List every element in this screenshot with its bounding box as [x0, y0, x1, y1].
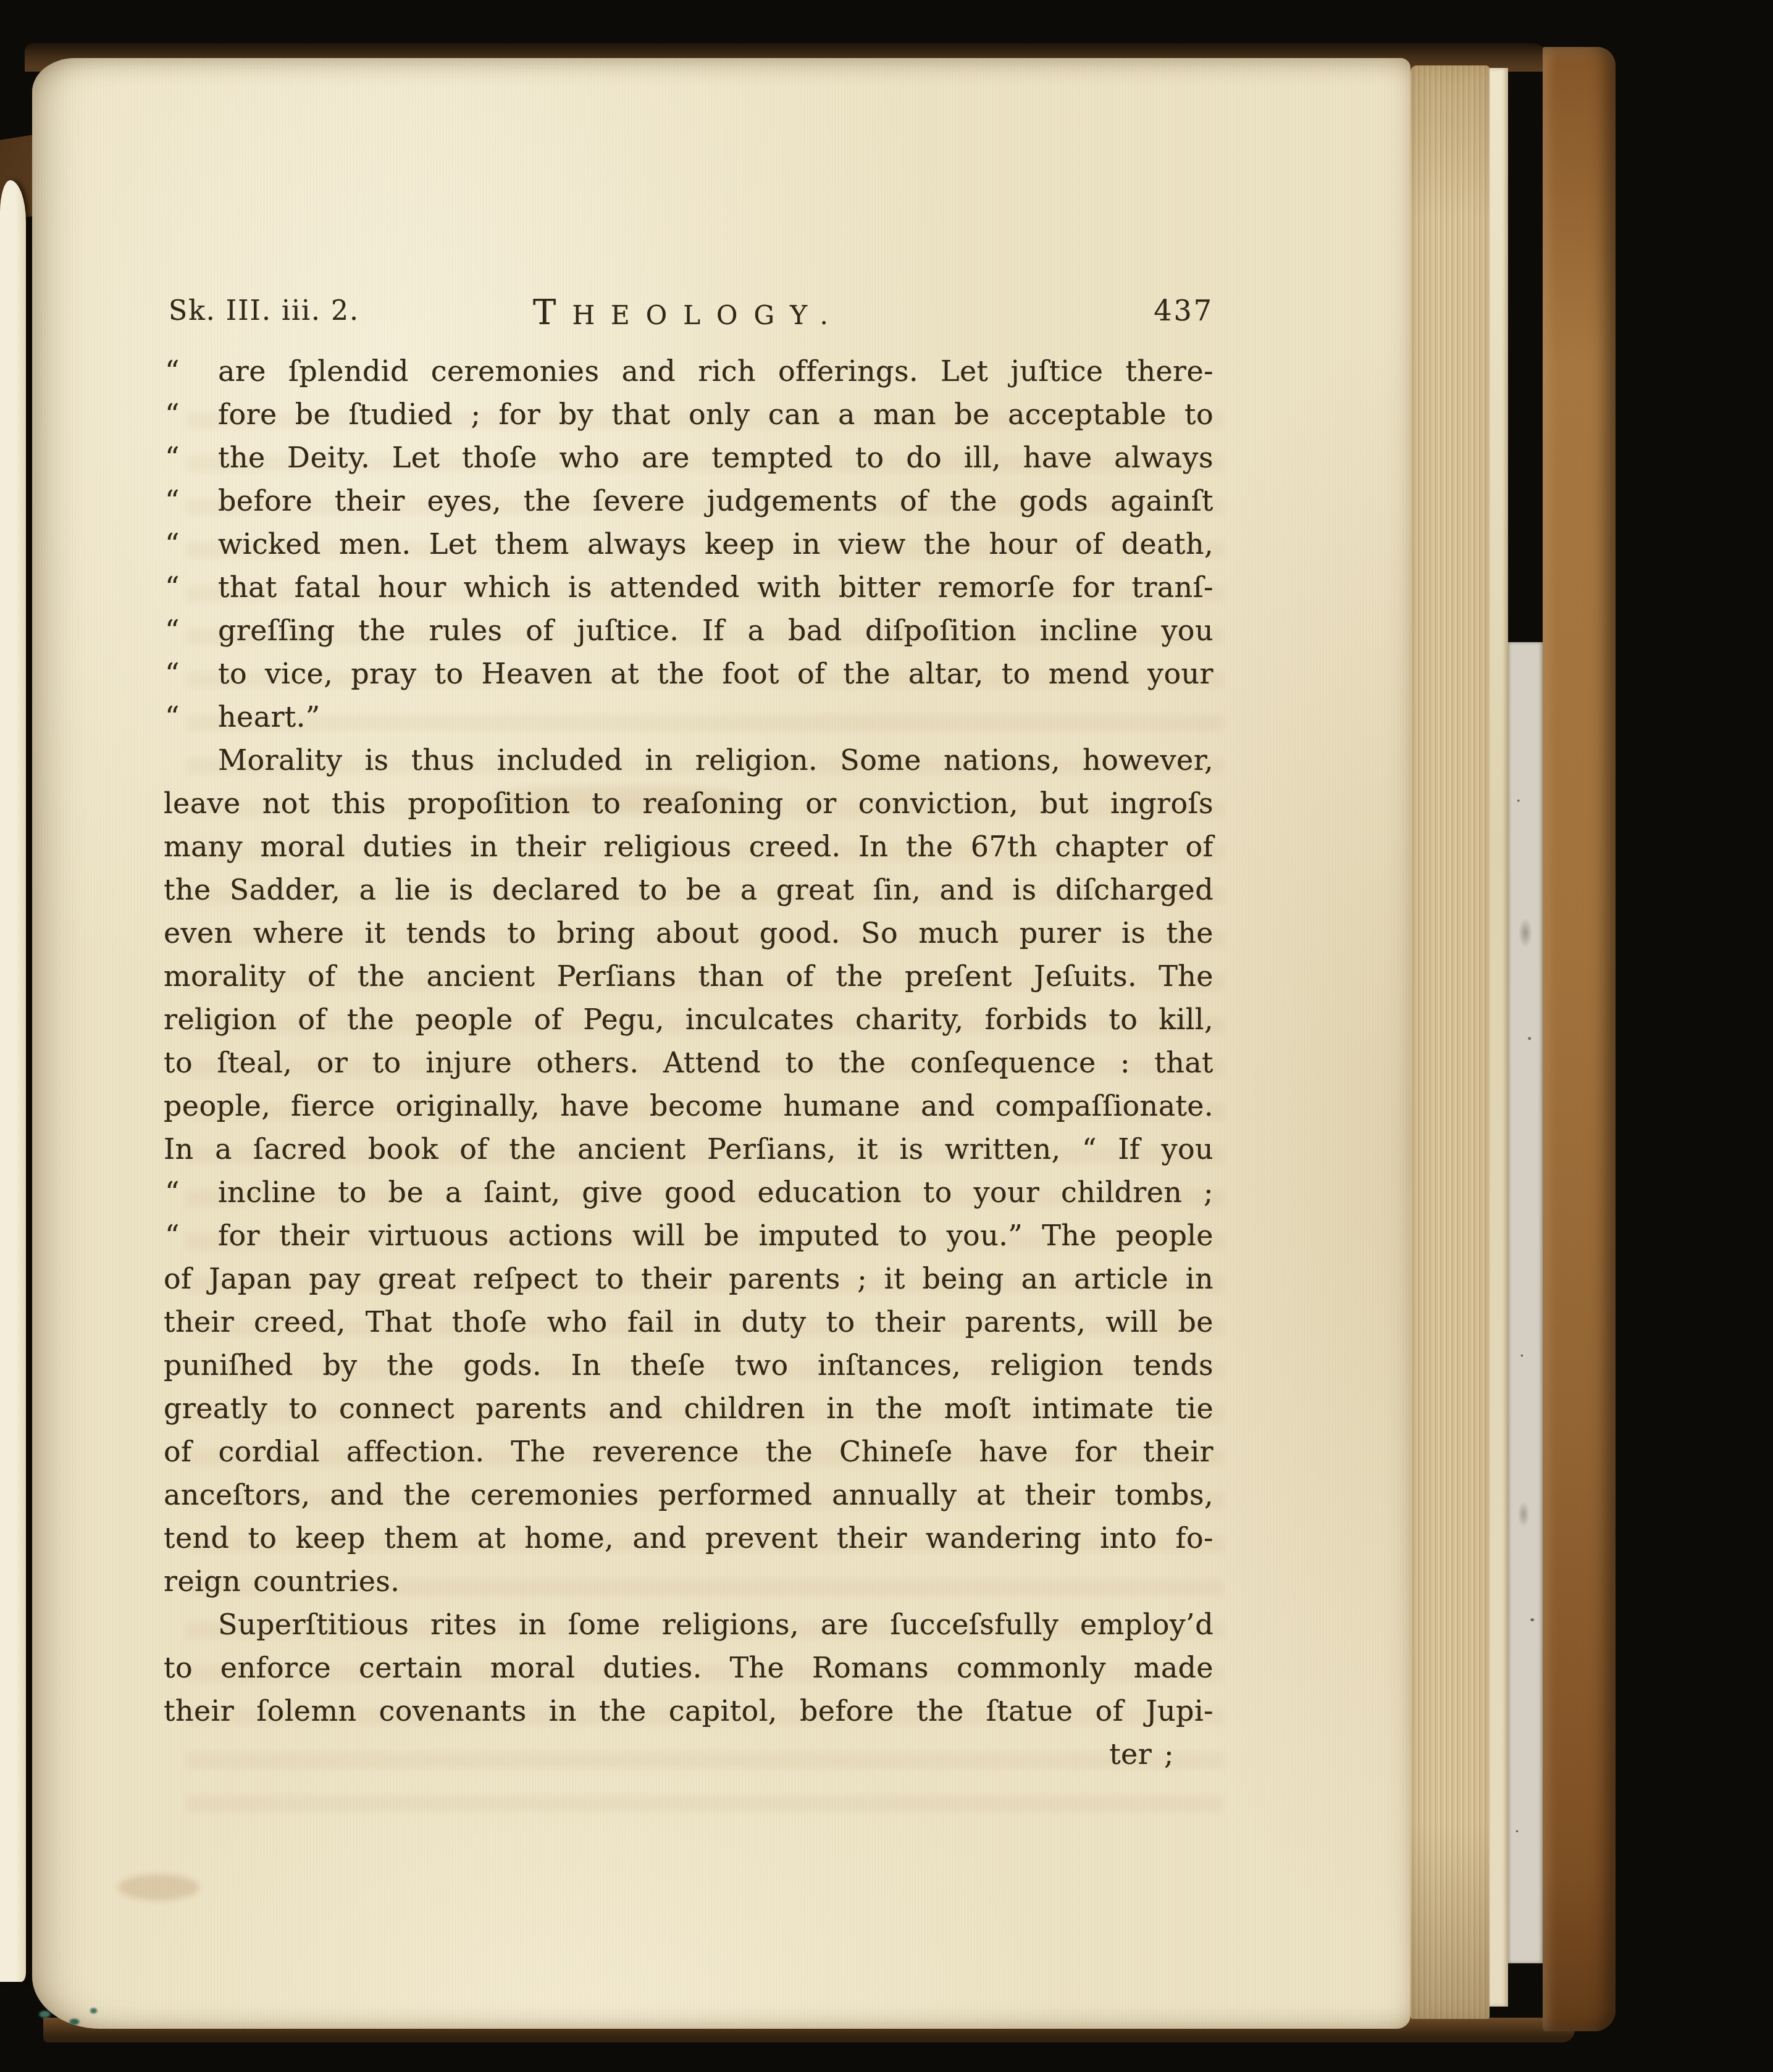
line-text: to ſteal, or to injure others. Attend to… [164, 1041, 1213, 1084]
line-text: wicked men. Let them always keep in view… [218, 522, 1213, 566]
text-line: religion of the people of Pegu, inculcat… [164, 998, 1213, 1041]
book-scan: { "header": { "section": "Sk. III. iii. … [0, 0, 1773, 2072]
text-line: “wicked men. Let them always keep in vie… [164, 522, 1213, 566]
binding-speck [28, 2000, 103, 2035]
line-text: for their virtuous actions will be imput… [218, 1214, 1213, 1257]
line-text: morality of the ancient Perſians than of… [164, 955, 1213, 998]
line-text: their creed, That thoſe who fail in duty… [164, 1300, 1213, 1343]
endpaper-edge [1490, 68, 1508, 2007]
quote-continuation-mark: “ [165, 652, 180, 695]
line-text: greatly to connect parents and children … [164, 1387, 1213, 1430]
running-title: THEOLOGY. [164, 293, 1213, 333]
text-line: “are ſplendid ceremonies and rich offeri… [164, 349, 1213, 393]
text-line: “that fatal hour which is attended with … [164, 566, 1213, 609]
text-line: many moral duties in their religious cre… [164, 825, 1213, 868]
text-line: “for their virtuous actions will be impu… [164, 1214, 1213, 1257]
line-text: incline to be a ſaint, give good educati… [218, 1171, 1213, 1214]
line-text: religion of the people of Pegu, inculcat… [164, 998, 1213, 1041]
text-line: Morality is thus included in religion. S… [164, 738, 1213, 782]
line-text: puniſhed by the gods. In theſe two inſta… [164, 1343, 1213, 1387]
text-line: of Japan pay great reſpect to their pare… [164, 1257, 1213, 1300]
quote-continuation-mark: “ [165, 609, 180, 652]
text-line: to ſteal, or to injure others. Attend to… [164, 1041, 1213, 1084]
line-text: to vice, pray to Heaven at the foot of t… [218, 652, 1213, 695]
text-line: In a ſacred book of the ancient Perſians… [164, 1127, 1213, 1171]
text-line: the Sadder, a lie is declared to be a gr… [164, 868, 1213, 911]
line-text: of Japan pay great reſpect to their pare… [164, 1257, 1213, 1300]
book-cover-leather [1543, 47, 1616, 2031]
quote-continuation-mark: “ [165, 522, 180, 566]
line-text: ter ; [164, 1732, 1213, 1776]
line-text: Morality is thus included in religion. S… [218, 738, 1213, 782]
line-text: In a ſacred book of the ancient Perſians… [164, 1127, 1213, 1171]
text-line: ter ; [164, 1732, 1213, 1776]
facing-page-edge [0, 180, 26, 1982]
line-text: the Deity. Let thoſe who are tempted to … [218, 436, 1213, 479]
text-line: “the Deity. Let thoſe who are tempted to… [164, 436, 1213, 479]
line-text: heart.” [218, 695, 1213, 738]
text-line: “to vice, pray to Heaven at the foot of … [164, 652, 1213, 695]
line-text: are ſplendid ceremonies and rich offerin… [218, 349, 1213, 393]
marbled-paper-edge [1508, 642, 1543, 1963]
quote-continuation-mark: “ [165, 1214, 180, 1257]
line-text: before their eyes, the ſevere judgements… [218, 479, 1213, 522]
text-column: “are ſplendid ceremonies and rich offeri… [164, 349, 1213, 1776]
text-line: leave not this propoſition to reaſoning … [164, 782, 1213, 825]
text-line: puniſhed by the gods. In theſe two inſta… [164, 1343, 1213, 1387]
line-text: of cordial affection. The reverence the … [164, 1430, 1213, 1473]
text-line: “heart.” [164, 695, 1213, 738]
text-line: “incline to be a ſaint, give good educat… [164, 1171, 1213, 1214]
line-text: greſſing the rules of juſtice. If a bad … [218, 609, 1213, 652]
line-text: people, fierce originally, have become h… [164, 1084, 1213, 1127]
page-number: 437 [1154, 294, 1213, 327]
text-line: to enforce certain moral duties. The Rom… [164, 1646, 1213, 1689]
quote-continuation-mark: “ [165, 436, 180, 479]
line-text: tend to keep them at home, and prevent t… [164, 1516, 1213, 1560]
line-text: leave not this propoſition to reaſoning … [164, 782, 1213, 825]
quote-continuation-mark: “ [165, 695, 180, 738]
line-text: anceſtors, and the ceremonies performed … [164, 1473, 1213, 1516]
text-line: greatly to connect parents and children … [164, 1387, 1213, 1430]
text-line: their ſolemn covenants in the capitol, b… [164, 1689, 1213, 1732]
line-text: their ſolemn covenants in the capitol, b… [164, 1689, 1213, 1732]
text-line: their creed, That thoſe who fail in duty… [164, 1300, 1213, 1343]
line-text: that fatal hour which is attended with b… [218, 566, 1213, 609]
page-block-fore-edge [1410, 65, 1490, 2019]
line-text: Superſtitious rites in ſome religions, a… [218, 1603, 1213, 1646]
text-line: “fore be ſtudied ; for by that only can … [164, 393, 1213, 436]
text-line: anceſtors, and the ceremonies performed … [164, 1473, 1213, 1516]
line-text: reign countries. [164, 1560, 1213, 1603]
quote-continuation-mark: “ [165, 393, 180, 436]
quote-continuation-mark: “ [165, 479, 180, 522]
text-line: people, fierce originally, have become h… [164, 1084, 1213, 1127]
line-text: even where it tends to bring about good.… [164, 911, 1213, 955]
text-line: reign countries. [164, 1560, 1213, 1603]
text-line: “before their eyes, the ſevere judgement… [164, 479, 1213, 522]
line-text: to enforce certain moral duties. The Rom… [164, 1646, 1213, 1689]
text-line: morality of the ancient Perſians than of… [164, 955, 1213, 998]
text-line: “greſſing the rules of juſtice. If a bad… [164, 609, 1213, 652]
text-line: tend to keep them at home, and prevent t… [164, 1516, 1213, 1560]
text-line: Superſtitious rites in ſome religions, a… [164, 1603, 1213, 1646]
line-text: fore be ſtudied ; for by that only can a… [218, 393, 1213, 436]
quote-continuation-mark: “ [165, 566, 180, 609]
text-line: even where it tends to bring about good.… [164, 911, 1213, 955]
running-header: Sk. III. iii. 2. THEOLOGY. 437 [164, 289, 1213, 332]
line-text: many moral duties in their religious cre… [164, 825, 1213, 868]
quote-continuation-mark: “ [165, 349, 180, 393]
paper-smudge [119, 1874, 199, 1900]
text-line: of cordial affection. The reverence the … [164, 1430, 1213, 1473]
line-text: the Sadder, a lie is declared to be a gr… [164, 868, 1213, 911]
quote-continuation-mark: “ [165, 1171, 180, 1214]
